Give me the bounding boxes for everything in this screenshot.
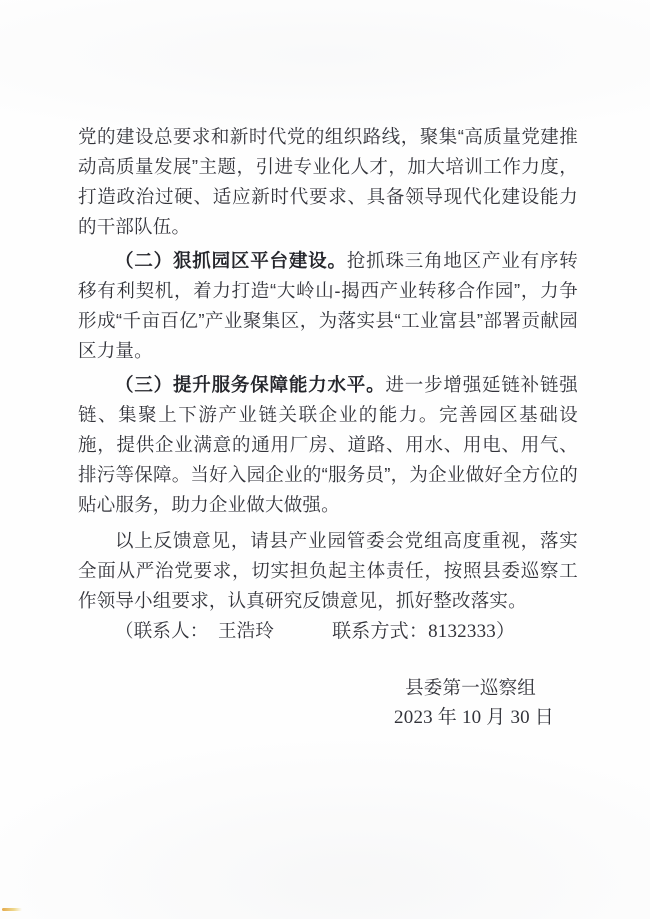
paragraph-text: 党的建设总要求和新时代党的组织路线，聚集“高质量党建推动高质量发展”主题，引进专… — [78, 126, 578, 237]
paragraph-text: 进一步增强延链补链强链、集聚上下游产业链关联企业的能力。完善园区基础设施，提供企… — [78, 374, 578, 515]
paragraph: 党的建设总要求和新时代党的组织路线，聚集“高质量党建推动高质量发展”主题，引进专… — [78, 122, 578, 242]
paragraphs-container: 党的建设总要求和新时代党的组织路线，聚集“高质量党建推动高质量发展”主题，引进专… — [78, 122, 578, 616]
signature-org: 县委第一巡察组 — [78, 673, 578, 703]
contact-person: （联系人： 王浩玲 — [115, 620, 274, 641]
paragraph: （二）狠抓园区平台建设。抢抓珠三角地区产业有序转移有利契机，着力打造“大岭山-揭… — [78, 246, 578, 366]
document-page: 党的建设总要求和新时代党的组织路线，聚集“高质量党建推动高质量发展”主题，引进专… — [0, 0, 650, 919]
contact-phone: 联系方式：8132333） — [332, 621, 515, 642]
document-body: 党的建设总要求和新时代党的组织路线，聚集“高质量党建推动高质量发展”主题，引进专… — [78, 122, 578, 733]
contact-line: （联系人： 王浩玲联系方式：8132333） — [78, 616, 578, 647]
scan-artifact — [2, 908, 22, 911]
paragraph: （三）提升服务保障能力水平。进一步增强延链补链强链、集聚上下游产业链关联企业的能… — [78, 370, 578, 520]
paragraph: 以上反馈意见，请县产业园管委会党组高度重视，落实全面从严治党要求，切实担负起主体… — [78, 526, 578, 616]
signature-date: 2023 年 10 月 30 日 — [78, 703, 578, 733]
paragraph-text: 以上反馈意见，请县产业园管委会党组高度重视，落实全面从严治党要求，切实担负起主体… — [78, 530, 578, 611]
section-heading: （二）狠抓园区平台建设。 — [115, 250, 347, 271]
section-heading: （三）提升服务保障能力水平。 — [115, 374, 385, 395]
